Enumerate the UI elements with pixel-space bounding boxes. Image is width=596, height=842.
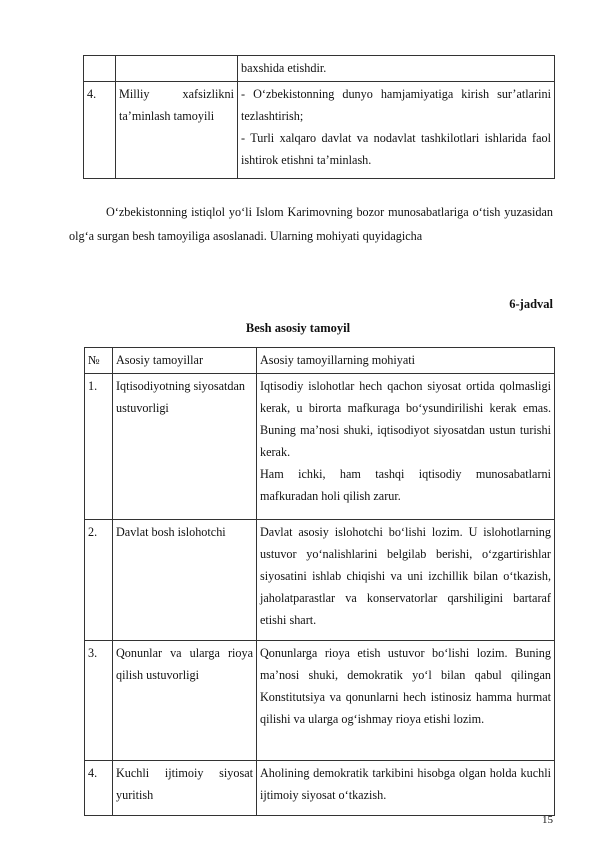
essence-cell: Iqtisodiy islohotlar hech qachon siyosat… — [257, 374, 555, 520]
table-number: 6-jadval — [509, 297, 553, 312]
principle-text: Qonunlar va ularga rioya qilish ustuvorl… — [116, 642, 253, 686]
header-number: № — [85, 348, 113, 374]
principle-cell: Iqtisodiyotning siyosatdan ustuvorligi — [113, 374, 257, 520]
table-row: baxshida etishdir. — [84, 56, 555, 82]
table-row: 3. Qonunlar va ularga rioya qilish ustuv… — [85, 641, 555, 761]
table-row: 4. Kuchli ijtimoiy siyosat yuritish Ahol… — [85, 761, 555, 816]
header-principles: Asosiy tamoyillar — [113, 348, 257, 374]
table-header-row: № Asosiy tamoyillar Asosiy tamoyillarnin… — [85, 348, 555, 374]
essence-cell: baxshida etishdir. — [238, 56, 555, 82]
principle-cell: Milliy xafsizlikni ta’minlash tamoyili — [116, 82, 238, 179]
principle-cell: Kuchli ijtimoiy siyosat yuritish — [113, 761, 257, 816]
row-number-cell: 1. — [85, 374, 113, 520]
principles-table: № Asosiy tamoyillar Asosiy tamoyillarnin… — [84, 347, 555, 816]
body-paragraph: O‘zbekistonning istiqlol yo‘li Islom Kar… — [69, 200, 553, 248]
essence-text: Ham ichki, ham tashqi iqtisodiy munosaba… — [260, 463, 551, 507]
principle-text: Milliy xafsizlikni ta’minlash tamoyili — [119, 83, 234, 127]
page-number: 15 — [542, 814, 553, 826]
row-number-cell: 4. — [85, 761, 113, 816]
essence-text: baxshida etishdir. — [241, 57, 551, 79]
document-page: baxshida etishdir. 4. Milliy xafsizlikni… — [0, 0, 596, 842]
essence-text: - O‘zbekistonning dunyo hamjamiyatiga ki… — [241, 83, 551, 127]
essence-cell: Davlat asosiy islohotchi bo‘lishi lozim.… — [257, 520, 555, 641]
essence-cell: - O‘zbekistonning dunyo hamjamiyatiga ki… — [238, 82, 555, 179]
table-title: Besh asosiy tamoyil — [0, 321, 596, 336]
essence-cell: Qonunlarga rioya etish ustuvor bo‘lishi … — [257, 641, 555, 761]
row-number-cell: 4. — [84, 82, 116, 179]
row-number-cell: 2. — [85, 520, 113, 641]
table-row: 2. Davlat bosh islohotchi Davlat asosiy … — [85, 520, 555, 641]
header-essence: Asosiy tamoyillarning mohiyati — [257, 348, 555, 374]
table-row: 4. Milliy xafsizlikni ta’minlash tamoyil… — [84, 82, 555, 179]
essence-text: - Turli xalqaro davlat va nodavlat tashk… — [241, 127, 551, 171]
row-number-cell — [84, 56, 116, 82]
principle-cell: Davlat bosh islohotchi — [113, 520, 257, 641]
table-row: 1. Iqtisodiyotning siyosatdan ustuvorlig… — [85, 374, 555, 520]
essence-cell: Aholining demokratik tarkibini hisobga o… — [257, 761, 555, 816]
principle-cell: Qonunlar va ularga rioya qilish ustuvorl… — [113, 641, 257, 761]
essence-text: Davlat asosiy islohotchi bo‘lishi lozim.… — [260, 521, 551, 631]
row-number-cell: 3. — [85, 641, 113, 761]
principle-cell — [116, 56, 238, 82]
essence-text: Iqtisodiy islohotlar hech qachon siyosat… — [260, 375, 551, 463]
essence-text: Qonunlarga rioya etish ustuvor bo‘lishi … — [260, 642, 551, 730]
table-continuation: baxshida etishdir. 4. Milliy xafsizlikni… — [83, 55, 555, 179]
essence-text: Aholining demokratik tarkibini hisobga o… — [260, 762, 551, 806]
principle-text: Kuchli ijtimoiy siyosat yuritish — [116, 762, 253, 806]
